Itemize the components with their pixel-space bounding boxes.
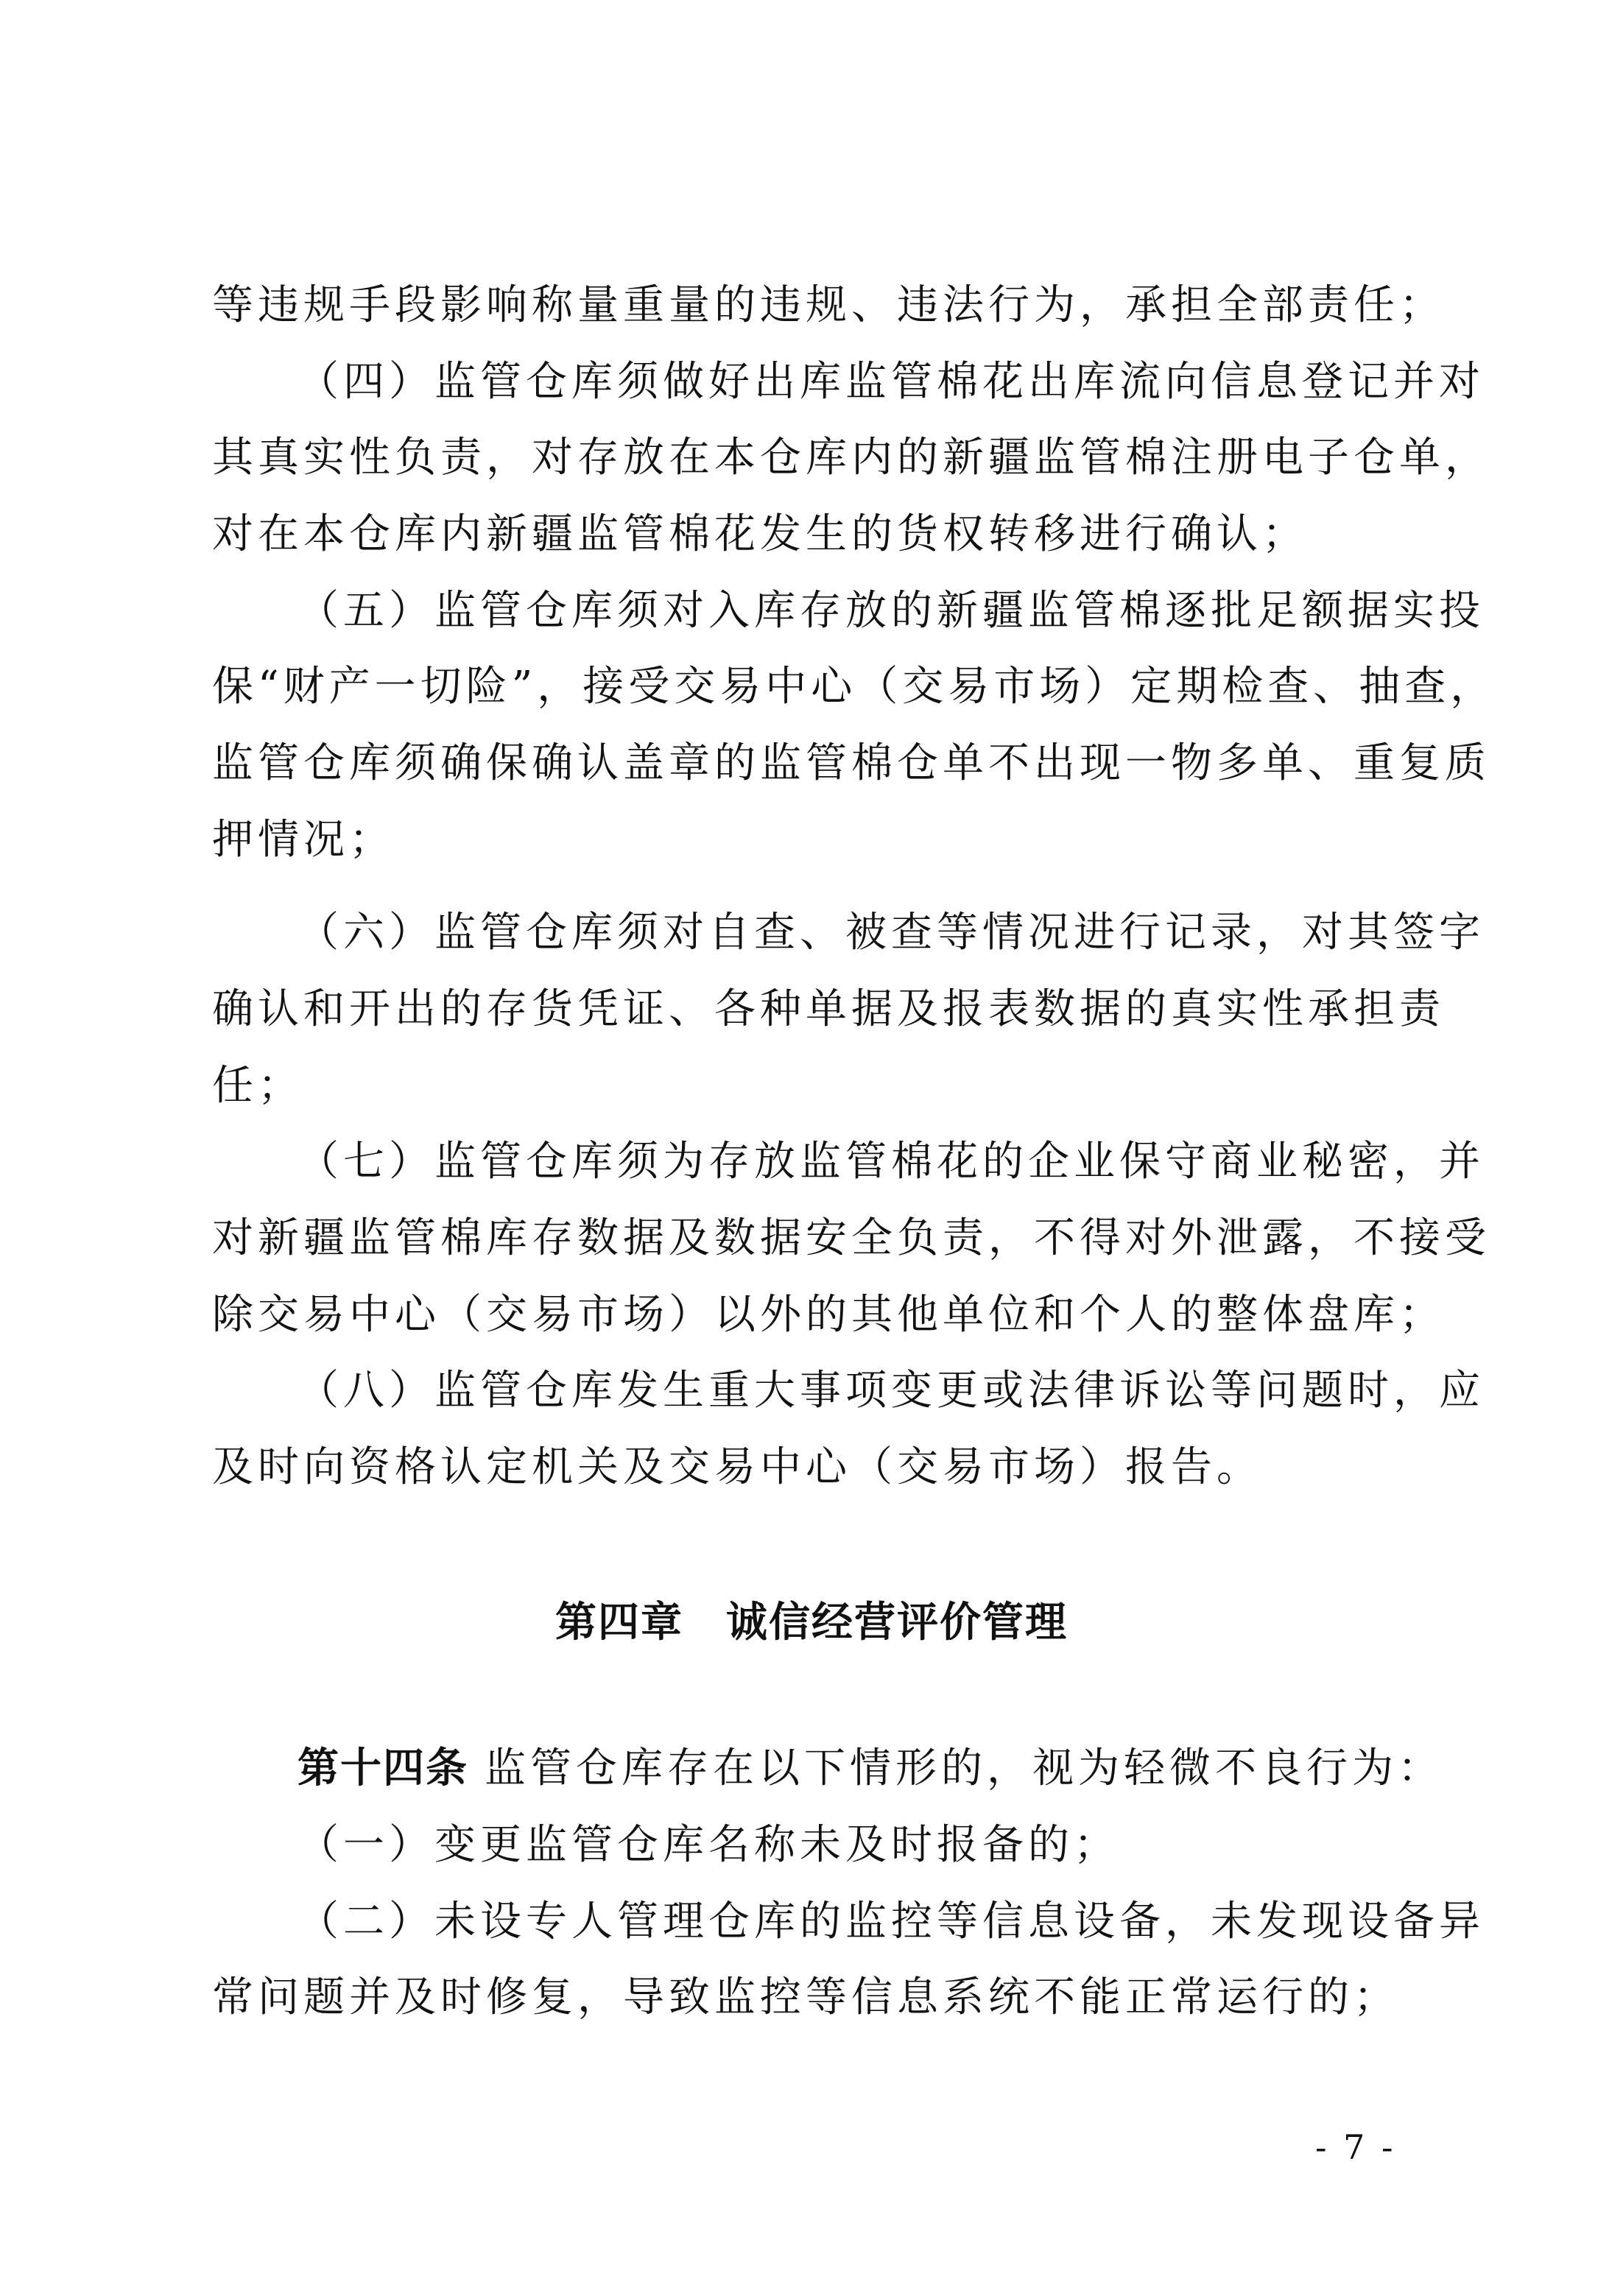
article-label: 第十四条 [298,1744,468,1792]
document-page: 等违规手段影响称量重量的违规、违法行为，承担全部责任； （四）监管仓库须做好出库… [0,0,1623,2296]
clause-six-line-1: （六）监管仓库须对自查、被查等情况进行记录，对其签字 [298,909,1420,957]
clause-five-line-1: （五）监管仓库须对入库存放的新疆监管棉逐批足额据实投 [298,588,1420,635]
clause-seven-line-3: 除交易中心（交易市场）以外的其他单位和个人的整体盘库； [212,1292,1420,1339]
clause-eight-line-2: 及时向资格认定机关及交易中心（交易市场）报告。 [212,1444,1420,1491]
clause-seven-line-2: 对新疆监管棉库存数据及数据安全负责，不得对外泄露，不接受 [212,1215,1420,1262]
clause-six-line-3: 任； [212,1063,1420,1110]
clause-seven-line-1: （七）监管仓库须为存放监管棉花的企业保守商业秘密，并 [298,1138,1420,1186]
item-two-line-2: 常问题并及时修复，导致监控等信息系统不能正常运行的； [212,1974,1420,2021]
article-fourteen: 第十四条监管仓库存在以下情形的，视为轻微不良行为： [298,1745,1420,1792]
item-one-line-1: （一）变更监管仓库名称未及时报备的； [298,1822,1420,1869]
article-text: 监管仓库存在以下情形的，视为轻微不良行为： [485,1744,1443,1792]
clause-eight-line-1: （八）监管仓库发生重大事项变更或法律诉讼等问题时，应 [298,1367,1420,1415]
clause-five-line-4: 押情况； [212,817,1420,864]
clause-four-line-3: 对在本仓库内新疆监管棉花发生的货权转移进行确认； [212,511,1420,558]
chapter-heading: 第四章 诚信经营评价管理 [0,1599,1623,1647]
clause-five-line-3: 监管仓库须确保确认盖章的监管棉仓单不出现一物多单、重复质 [212,740,1420,787]
item-two-line-1: （二）未设专人管理仓库的监控等信息设备，未发现设备异 [298,1898,1420,1945]
clause-five-line-2: 保“财产一切险”，接受交易中心（交易市场）定期检查、抽查， [212,663,1420,711]
page-number: - 7 - [1315,2128,1396,2166]
paragraph-continuation-line: 等违规手段影响称量重量的违规、违法行为，承担全部责任； [212,282,1420,329]
clause-six-line-2: 确认和开出的存货凭证、各种单据及报表数据的真实性承担责 [212,986,1420,1033]
clause-four-line-2: 其真实性负责，对存放在本仓库内的新疆监管棉注册电子仓单， [212,434,1420,482]
clause-four-line-1: （四）监管仓库须做好出库监管棉花出库流向信息登记并对 [298,359,1420,406]
